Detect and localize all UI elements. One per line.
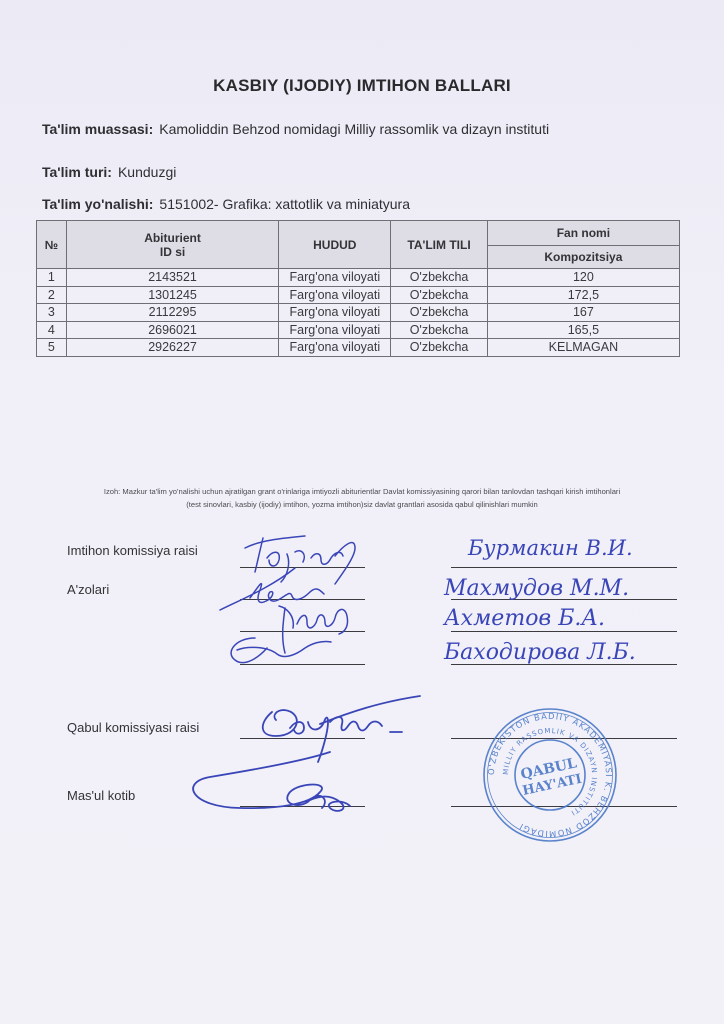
cell-score: KELMAGAN [487, 339, 679, 357]
admission-committee-stamp: O'ZBEKISTON BADIIY AKADEMIYASI K. BEHZOD… [481, 706, 619, 844]
cell-language: O'zbekcha [391, 269, 487, 287]
cell-no: 1 [37, 269, 67, 287]
members-label: A'zolari [67, 582, 109, 597]
cell-language: O'zbekcha [391, 339, 487, 357]
cell-id: 2926227 [66, 339, 279, 357]
header-subject: Kompozitsiya [487, 246, 679, 269]
scores-table: № Abiturient ID si HUDUD TA'LIM TILI Fan… [36, 220, 680, 357]
institution-line: Ta'lim muassasi:Kamoliddin Behzod nomida… [42, 121, 549, 137]
cell-id: 2112295 [66, 304, 279, 322]
handwritten-name: Махмудов М.М. [444, 576, 629, 601]
cell-region: Farg'ona viloyati [279, 286, 391, 304]
direction-line: Ta'lim yo'nalishi:5151002- Grafika: xatt… [42, 196, 410, 212]
handwritten-name: Ахметов Б.А. [444, 606, 605, 631]
cell-score: 172,5 [487, 286, 679, 304]
cell-no: 5 [37, 339, 67, 357]
cell-region: Farg'ona viloyati [279, 304, 391, 322]
table-row: 4 2696021 Farg'ona viloyati O'zbekcha 16… [37, 321, 680, 339]
header-applicant-id: Abiturient ID si [66, 221, 279, 269]
handwritten-name: Баходирова Л.Б. [444, 640, 636, 665]
table-body: 1 2143521 Farg'ona viloyati O'zbekcha 12… [37, 269, 680, 357]
name-line [451, 631, 677, 632]
header-no: № [37, 221, 67, 269]
header-applicant-id-line2: ID si [67, 245, 279, 259]
direction-label: Ta'lim yo'nalishi: [42, 196, 153, 212]
cell-score: 120 [487, 269, 679, 287]
header-region: HUDUD [279, 221, 391, 269]
study-form-line: Ta'lim turi:Kunduzgi [42, 164, 176, 180]
name-line [451, 567, 677, 568]
cell-region: Farg'ona viloyati [279, 321, 391, 339]
cell-id: 2696021 [66, 321, 279, 339]
direction-value: 5151002- Grafika: xattotlik va miniatyur… [159, 196, 410, 212]
cell-score: 165,5 [487, 321, 679, 339]
document-title: KASBIY (IJODIY) IMTIHON BALLARI [0, 76, 724, 96]
cell-language: O'zbekcha [391, 321, 487, 339]
cell-no: 2 [37, 286, 67, 304]
cell-region: Farg'ona viloyati [279, 339, 391, 357]
cell-language: O'zbekcha [391, 286, 487, 304]
header-language: TA'LIM TILI [391, 221, 487, 269]
study-form-value: Kunduzgi [118, 164, 176, 180]
document-page: KASBIY (IJODIY) IMTIHON BALLARI Ta'lim m… [0, 0, 724, 1024]
cell-no: 3 [37, 304, 67, 322]
table-row: 3 2112295 Farg'ona viloyati O'zbekcha 16… [37, 304, 680, 322]
footnote-line2: (test sinovlari, kasbiy (ijodiy) imtihon… [30, 498, 694, 511]
institution-value: Kamoliddin Behzod nomidagi Milliy rassom… [159, 121, 549, 137]
handwritten-name: Бурмакин В.И. [468, 536, 633, 560]
footnote-line1: Izoh: Mazkur ta'lim yo'nalishi uchun ajr… [30, 485, 694, 498]
secretary-label: Mas'ul kotib [67, 788, 135, 803]
footnote: Izoh: Mazkur ta'lim yo'nalishi uchun ajr… [30, 485, 694, 511]
table-row: 2 1301245 Farg'ona viloyati O'zbekcha 17… [37, 286, 680, 304]
cell-id: 2143521 [66, 269, 279, 287]
institution-label: Ta'lim muassasi: [42, 121, 153, 137]
header-applicant-id-line1: Abiturient [67, 231, 279, 245]
cell-region: Farg'ona viloyati [279, 269, 391, 287]
exam-commission-signatures [215, 528, 375, 678]
header-subject-group: Fan nomi [487, 221, 679, 246]
table-row: 5 2926227 Farg'ona viloyati O'zbekcha KE… [37, 339, 680, 357]
cell-language: O'zbekcha [391, 304, 487, 322]
table-row: 1 2143521 Farg'ona viloyati O'zbekcha 12… [37, 269, 680, 287]
cell-id: 1301245 [66, 286, 279, 304]
cell-score: 167 [487, 304, 679, 322]
exam-commission-chair-label: Imtihon komissiya raisi [67, 543, 198, 558]
cell-no: 4 [37, 321, 67, 339]
admission-signatures [180, 692, 450, 822]
study-form-label: Ta'lim turi: [42, 164, 112, 180]
